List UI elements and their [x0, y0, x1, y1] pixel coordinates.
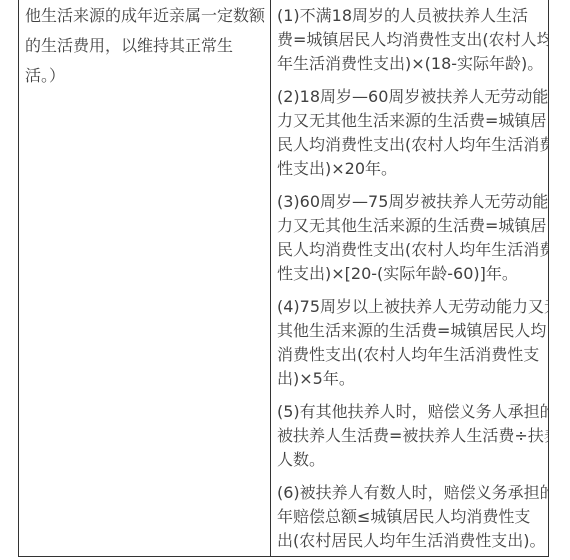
- formula-item-2: (2)18周岁—60周岁被扶养人无劳动能 力又无其他生活来源的生活费=城镇居 民…: [277, 85, 544, 181]
- formula-item-4: (4)75周岁以上被扶养人无劳动能力又无 其他生活来源的生活费=城镇居民人均 消…: [277, 295, 544, 391]
- formula-item-1: (1)不满18周岁的人员被扶养人生活 费=城镇居民人均消费性支出(农村人均 年生…: [277, 4, 544, 76]
- formula-item-5: (5)有其他扶养人时，赔偿义务人承担的 被扶养人生活费=被扶养人生活费÷扶养 人…: [277, 400, 544, 472]
- document-page: { "colors": { "text": "#404040", "border…: [0, 0, 570, 560]
- left-cell-paragraph: 他生活来源的成年近亲属一定数额 的生活费用，以维持其正常生 活。）: [25, 1, 265, 91]
- table-cell-right: (1)不满18周岁的人员被扶养人生活 费=城镇居民人均消费性支出(农村人均 年生…: [271, 0, 548, 556]
- formula-item-3: (3)60周岁—75周岁被扶养人无劳动能 力又无其他生活来源的生活费=城镇居 民…: [277, 190, 544, 286]
- table-cell-left: 他生活来源的成年近亲属一定数额 的生活费用，以维持其正常生 活。）: [19, 0, 271, 556]
- formula-item-6: (6)被扶养人有数人时，赔偿义务承担的 年赔偿总额≤城镇居民人均消费性支 出(农…: [277, 481, 544, 553]
- compensation-table: 他生活来源的成年近亲属一定数额 的生活费用，以维持其正常生 活。） (1)不满1…: [18, 0, 549, 557]
